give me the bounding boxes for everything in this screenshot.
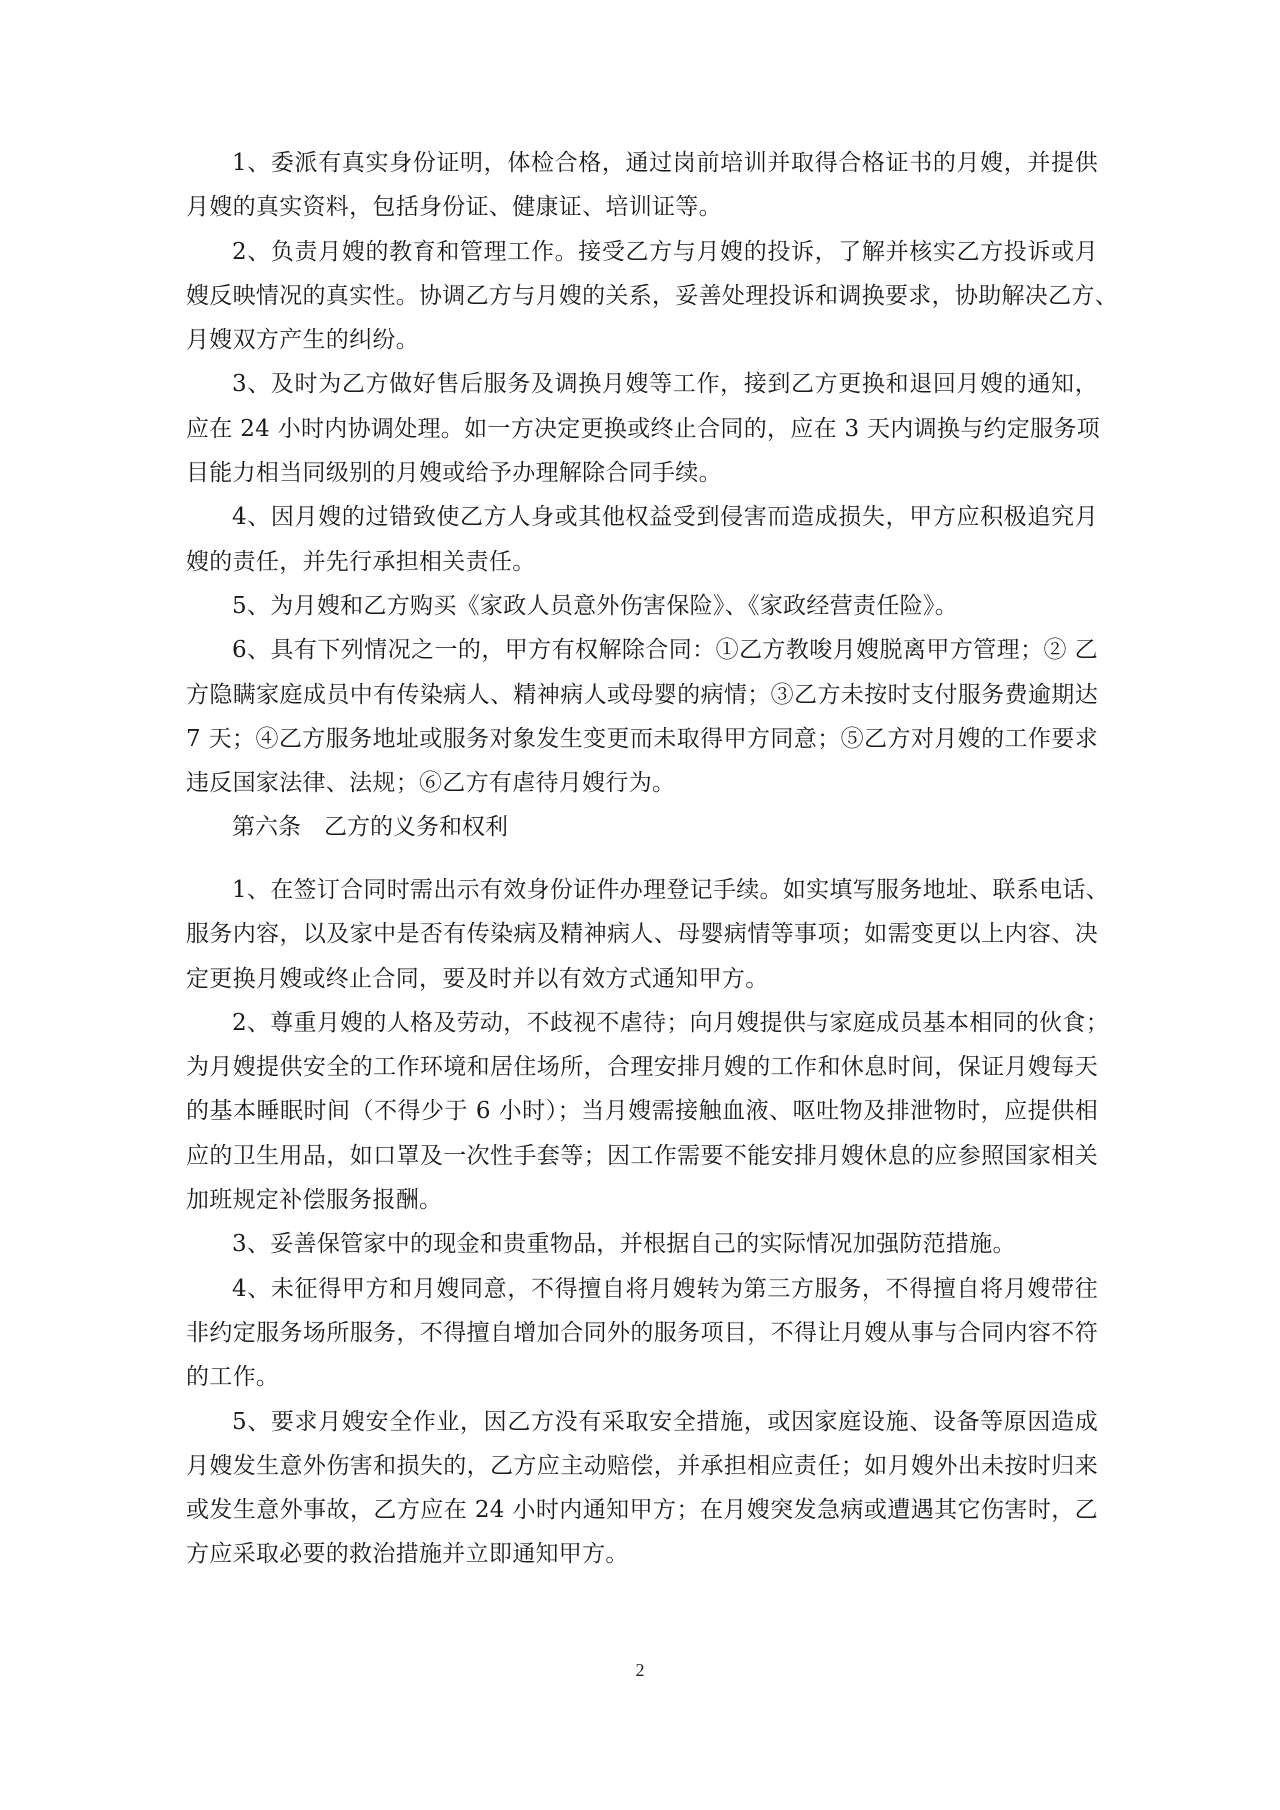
clause-b-2: 2、尊重月嫂的人格及劳动，不歧视不虐待；向月嫂提供与家庭成员基本相同的伙食； 为…	[186, 1001, 1098, 1222]
clause-a-5: 5、为月嫂和乙方购买《家政人员意外伤害保险》、《家政经营责任险》。	[186, 584, 1098, 628]
clause-a-4: 4、因月嫂的过错致使乙方人身或其他权益受到侵害而造成损失，甲方应积极追究月 嫂的…	[186, 495, 1098, 584]
article-six-heading: 第六条 乙方的义务和权利	[186, 805, 1098, 849]
clause-line: 方应采取必要的救治措施并立即通知甲方。	[186, 1532, 1098, 1576]
clause-line: 目能力相当同级别的月嫂或给予办理解除合同手续。	[186, 451, 1098, 495]
clause-b-3: 3、妥善保管家中的现金和贵重物品，并根据自己的实际情况加强防范措施。	[186, 1222, 1098, 1266]
clause-line: 月嫂的真实资料，包括身份证、健康证、培训证等。	[186, 185, 1098, 229]
clause-line: 4、未征得甲方和月嫂同意，不得擅自将月嫂转为第三方服务，不得擅自将月嫂带往	[186, 1267, 1098, 1311]
party-a-obligations-section: 1、委派有真实身份证明，体检合格，通过岗前培训并取得合格证书的月嫂，并提供 月嫂…	[186, 141, 1098, 850]
clause-line: 的基本睡眠时间（不得少于 6 小时）；当月嫂需接触血液、呕吐物及排泄物时，应提供…	[186, 1089, 1098, 1133]
clause-line: 为月嫂提供安全的工作环境和居住场所，合理安排月嫂的工作和休息时间，保证月嫂每天	[186, 1045, 1098, 1089]
clause-line: 应在 24 小时内协调处理。如一方决定更换或终止合同的，应在 3 天内调换与约定…	[186, 407, 1098, 451]
clause-line: 非约定服务场所服务，不得擅自增加合同外的服务项目，不得让月嫂从事与合同内容不符	[186, 1311, 1098, 1355]
clause-line: 服务内容，以及家中是否有传染病及精神病人、母婴病情等事项；如需变更以上内容、决	[186, 912, 1098, 956]
clause-b-4: 4、未征得甲方和月嫂同意，不得擅自将月嫂转为第三方服务，不得擅自将月嫂带往 非约…	[186, 1267, 1098, 1400]
clause-line: 5、为月嫂和乙方购买《家政人员意外伤害保险》、《家政经营责任险》。	[186, 584, 1098, 628]
clause-a-6: 6、具有下列情况之一的，甲方有权解除合同：①乙方教唆月嫂脱离甲方管理；② 乙 方…	[186, 628, 1098, 805]
clause-line: 3、及时为乙方做好售后服务及调换月嫂等工作，接到乙方更换和退回月嫂的通知，	[186, 362, 1098, 406]
clause-line: 的工作。	[186, 1355, 1098, 1399]
clause-line: 7 天；④乙方服务地址或服务对象发生变更而未取得甲方同意；⑤乙方对月嫂的工作要求	[186, 717, 1098, 761]
clause-line: 方隐瞒家庭成员中有传染病人、精神病人或母婴的病情；③乙方未按时支付服务费逾期达	[186, 673, 1098, 717]
clause-line: 1、在签订合同时需出示有效身份证件办理登记手续。如实填写服务地址、联系电话、	[186, 868, 1098, 912]
clause-line: 月嫂双方产生的纠纷。	[186, 318, 1098, 362]
document-page: 1、委派有真实身份证明，体检合格，通过岗前培训并取得合格证书的月嫂，并提供 月嫂…	[0, 0, 1280, 1810]
page-number: 2	[0, 1660, 1280, 1681]
clause-b-1: 1、在签订合同时需出示有效身份证件办理登记手续。如实填写服务地址、联系电话、 服…	[186, 868, 1098, 1001]
clause-line: 违反国家法律、法规；⑥乙方有虐待月嫂行为。	[186, 761, 1098, 805]
clause-line: 嫂的责任，并先行承担相关责任。	[186, 540, 1098, 584]
clause-line: 6、具有下列情况之一的，甲方有权解除合同：①乙方教唆月嫂脱离甲方管理；② 乙	[186, 628, 1098, 672]
clause-line: 2、负责月嫂的教育和管理工作。接受乙方与月嫂的投诉，了解并核实乙方投诉或月	[186, 230, 1098, 274]
clause-a-2: 2、负责月嫂的教育和管理工作。接受乙方与月嫂的投诉，了解并核实乙方投诉或月 嫂反…	[186, 230, 1098, 363]
clause-line: 月嫂发生意外伤害和损失的，乙方应主动赔偿，并承担相应责任；如月嫂外出未按时归来	[186, 1444, 1098, 1488]
clause-line: 3、妥善保管家中的现金和贵重物品，并根据自己的实际情况加强防范措施。	[186, 1222, 1098, 1266]
clause-a-3: 3、及时为乙方做好售后服务及调换月嫂等工作，接到乙方更换和退回月嫂的通知， 应在…	[186, 362, 1098, 495]
clause-line: 5、要求月嫂安全作业，因乙方没有采取安全措施，或因家庭设施、设备等原因造成	[186, 1400, 1098, 1444]
clause-line: 2、尊重月嫂的人格及劳动，不歧视不虐待；向月嫂提供与家庭成员基本相同的伙食；	[186, 1001, 1098, 1045]
clause-line: 1、委派有真实身份证明，体检合格，通过岗前培训并取得合格证书的月嫂，并提供	[186, 141, 1098, 185]
clause-line: 嫂反映情况的真实性。协调乙方与月嫂的关系，妥善处理投诉和调换要求，协助解决乙方、	[186, 274, 1098, 318]
clause-b-5: 5、要求月嫂安全作业，因乙方没有采取安全措施，或因家庭设施、设备等原因造成 月嫂…	[186, 1400, 1098, 1577]
clause-line: 4、因月嫂的过错致使乙方人身或其他权益受到侵害而造成损失，甲方应积极追究月	[186, 495, 1098, 539]
clause-a-1: 1、委派有真实身份证明，体检合格，通过岗前培训并取得合格证书的月嫂，并提供 月嫂…	[186, 141, 1098, 230]
article-six-section: 1、在签订合同时需出示有效身份证件办理登记手续。如实填写服务地址、联系电话、 服…	[186, 868, 1098, 1577]
clause-line: 加班规定补偿服务报酬。	[186, 1178, 1098, 1222]
clause-line: 或发生意外事故，乙方应在 24 小时内通知甲方；在月嫂突发急病或遭遇其它伤害时，…	[186, 1488, 1098, 1532]
clause-line: 定更换月嫂或终止合同，要及时并以有效方式通知甲方。	[186, 957, 1098, 1001]
clause-line: 应的卫生用品，如口罩及一次性手套等；因工作需要不能安排月嫂休息的应参照国家相关	[186, 1134, 1098, 1178]
